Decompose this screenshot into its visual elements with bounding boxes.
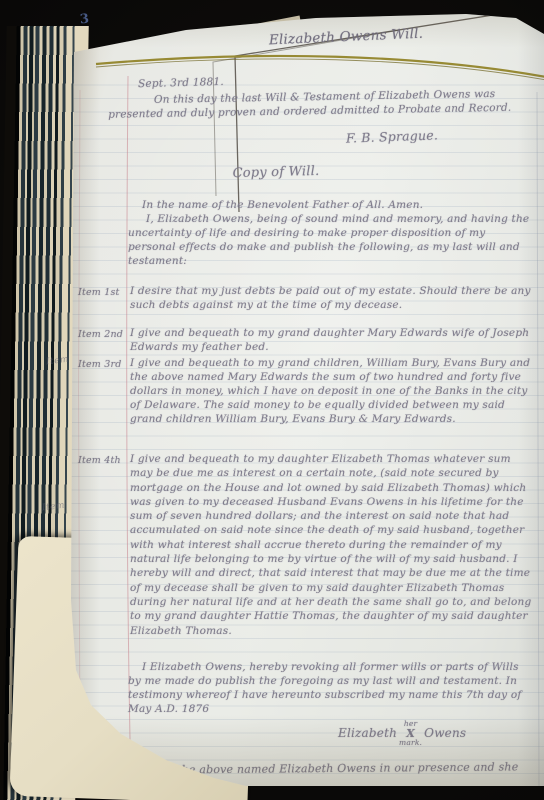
will-record-page: 338 Elizabeth Owens Will. Sept. 3rd 1881… xyxy=(66,0,544,794)
testator-signature: ElizabethherXmark.Owens xyxy=(338,720,466,747)
probate-date: Sept. 3rd 1881. xyxy=(138,75,224,91)
previous-page-number-partial: 3 xyxy=(79,12,90,28)
signature-first-name: Elizabeth xyxy=(338,726,397,740)
will-item-4: I give and bequeath to my daughter Eliza… xyxy=(130,452,532,638)
page-title: Elizabeth Owens Will. xyxy=(216,24,476,49)
record-book-photo: 3 Item Item 338 Elizabeth Owens Will. Se… xyxy=(0,0,544,800)
margin-label-item-3: Item 3rd xyxy=(78,358,128,372)
margin-label-item-1: Item 1st xyxy=(78,286,128,300)
copy-of-will-heading: Copy of Will. xyxy=(176,163,376,182)
judge-signature: F. B. Sprague. xyxy=(346,128,438,145)
will-item-1: I desire that my just debts be paid out … xyxy=(130,284,532,312)
margin-label-item-2: Item 2nd xyxy=(78,328,128,342)
will-item-3: I give and bequeath to my grand children… xyxy=(130,356,532,426)
signature-last-name: Owens xyxy=(424,726,466,740)
will-preamble: I, Elizabeth Owens, being of sound mind … xyxy=(128,212,532,268)
invocation-line: In the name of the Benevolent Father of … xyxy=(142,198,542,212)
probate-entry: On this day the last Will & Testament of… xyxy=(108,86,536,121)
will-closing: I Elizabeth Owens, hereby revoking all f… xyxy=(128,660,532,716)
signature-mark: herXmark. xyxy=(399,720,422,747)
will-item-2: I give and bequeath to my grand daughter… xyxy=(130,326,532,354)
margin-label-item-4: Item 4th xyxy=(78,454,128,468)
signature-mark-label: mark. xyxy=(399,739,422,747)
